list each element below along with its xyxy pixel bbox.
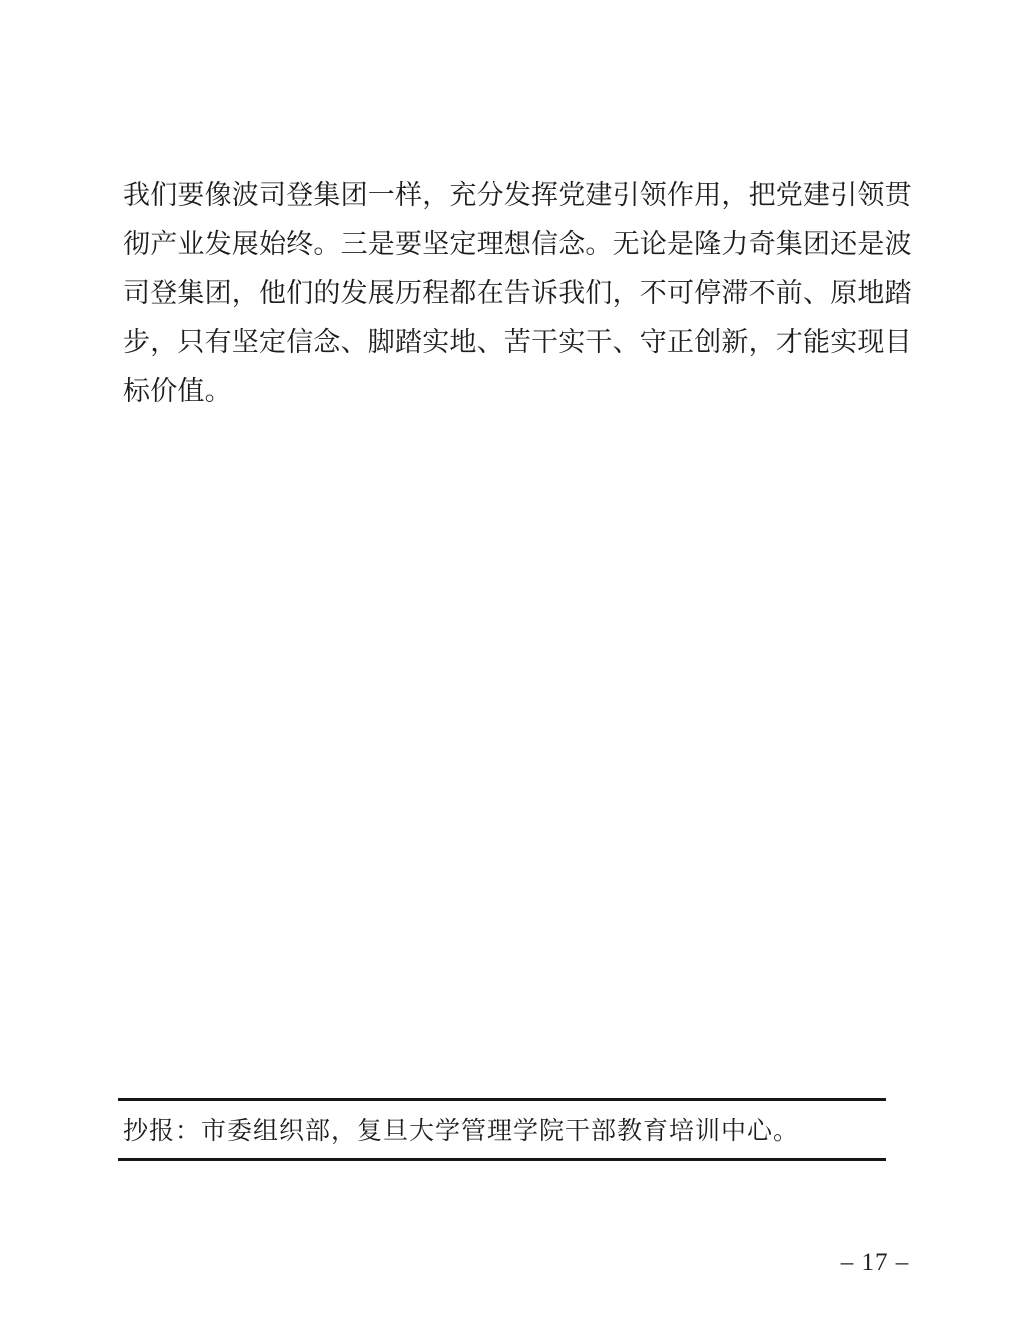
body-text-line: 我们要像波司登集团一样，充分发挥党建引领作用，把党建引领贯 bbox=[123, 171, 901, 220]
cc-recipients-line: 抄报：市委组织部，复旦大学管理学院干部教育培训中心。 bbox=[123, 1116, 893, 1148]
document-page: 我们要像波司登集团一样，充分发挥党建引领作用，把党建引领贯 彻产业发展始终。三是… bbox=[0, 0, 1024, 1325]
footer-divider-bottom bbox=[118, 1158, 886, 1161]
body-text-line: 标价值。 bbox=[123, 367, 901, 416]
page-number: – 17 – bbox=[830, 1249, 920, 1277]
body-text-line: 彻产业发展始终。三是要坚定理想信念。无论是隆力奇集团还是波 bbox=[123, 220, 901, 269]
footer-divider-top bbox=[118, 1098, 886, 1101]
body-paragraph: 我们要像波司登集团一样，充分发挥党建引领作用，把党建引领贯 彻产业发展始终。三是… bbox=[123, 171, 901, 416]
body-text-line: 司登集团，他们的发展历程都在告诉我们，不可停滞不前、原地踏 bbox=[123, 269, 901, 318]
body-text-line: 步，只有坚定信念、脚踏实地、苦干实干、守正创新，才能实现目 bbox=[123, 318, 901, 367]
